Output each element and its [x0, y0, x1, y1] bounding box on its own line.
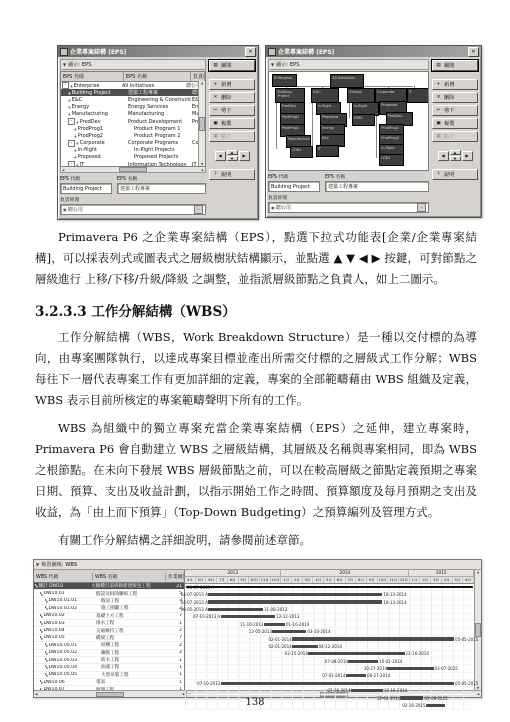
scroll-thumb[interactable] — [475, 623, 481, 637]
cut-button[interactable]: ✂剪下 — [209, 105, 255, 116]
eps-id-text: E&C — [72, 97, 83, 103]
eps-id-input[interactable]: Building Project — [268, 181, 320, 192]
eps-tree-row[interactable]: ▲Building Project建築工程專案總公司 — [61, 89, 205, 96]
gantt-row[interactable]: 07-10-2013 A12-12-2013 — [185, 614, 474, 621]
wbs-activity-count-cell: 2 — [170, 643, 184, 648]
wbs-table-row[interactable]: ▚DW10.01.02施工圍籬工程2 — [34, 605, 184, 612]
gantt-row[interactable]: 02-01-201404-12-2014 — [185, 643, 474, 650]
eps-id-value: Building Project — [63, 186, 102, 192]
bar-start-date-label: 04-07-2013 A — [181, 592, 208, 597]
gantt-bar[interactable] — [208, 593, 382, 596]
gantt-bar[interactable] — [208, 608, 263, 611]
responsible-manager-value: 總公司 — [276, 204, 291, 211]
delete-icon: ✕ — [212, 95, 219, 100]
delete-button[interactable]: ✕刪除 — [432, 92, 478, 103]
eps-id-value: Building Project — [271, 184, 310, 190]
bar-finish-date-label: 10-13-2014 — [383, 592, 406, 597]
eps-name-cell: Manufacturing — [127, 111, 191, 117]
wbs-name-cell: 防水工程 — [100, 657, 170, 663]
wbs-column-header[interactable]: WBS 名稱 — [93, 573, 166, 580]
wbs-column-header[interactable]: 作業總數 — [166, 573, 184, 580]
eps-name-cell: Corporate Programs — [127, 140, 191, 146]
bar-finish-date-label: 03-07-2015 — [435, 666, 458, 671]
eps-name-cell: Energy Services — [127, 104, 191, 110]
gantt-bar[interactable] — [264, 623, 285, 626]
wbs-name-cell: 排水工程 — [95, 620, 165, 626]
timeline-month-label: 7月 — [217, 577, 228, 583]
wbs-table-row[interactable]: ▚DW10.06電氣1 — [34, 679, 184, 686]
eps-chart-node[interactable]: E&C — [311, 88, 338, 103]
eps-table-rows: -▲EnterpriseAll Initiatives總公司▲Building … — [61, 82, 205, 166]
display-bar-label: 顯示: EPS — [276, 61, 299, 68]
collapse-icon[interactable]: - — [68, 140, 75, 147]
wbs-table-header: WBS 代碼WBS 名稱作業總數 — [34, 570, 184, 583]
close-icon[interactable]: ✕ — [245, 47, 256, 57]
timeline-month-label: 8月 — [356, 577, 367, 583]
display-options-bar[interactable]: ▼ 顯示: EPS — [268, 59, 429, 70]
wbs-code-cell: ▚DW10.05.04 — [34, 665, 100, 670]
wbs-code-cell: ▚DW10.02 — [34, 613, 95, 618]
help-button[interactable]: ?說明 — [209, 169, 255, 180]
eps-tree-row[interactable]: ▲E&CEngineering & ConstructionE&C — [61, 96, 205, 103]
wbs-code-text: DW10.03 — [43, 621, 64, 626]
wbs-code-text: DW10.05 — [43, 635, 64, 640]
button-label: 新增 — [221, 81, 231, 88]
close-button[interactable]: ▤關閉 — [432, 60, 478, 71]
gantt-bar[interactable] — [351, 689, 383, 692]
timeline-years: 201320142015 — [185, 570, 474, 577]
move-up-button[interactable]: ▲ — [227, 150, 238, 155]
eps-node-icon: ▲ — [74, 148, 77, 152]
bar-finish-date-label: 05-05-2015 — [455, 681, 478, 686]
dialog-body: ▼ 顯示: EPS EPS 代碼EPS 名稱負責經理 -▲EnterpriseA… — [58, 57, 258, 219]
scroll-right-icon[interactable]: ▶ — [202, 168, 204, 172]
eps-id-label: EPS 代碼 — [268, 173, 320, 180]
gantt-row[interactable]: 04-07-2013 A10-13-2014 — [185, 599, 474, 606]
timeline-month-label: 4月 — [442, 577, 453, 583]
gantt-row[interactable]: 04-07-2013 A10-13-2014 — [185, 591, 474, 598]
eps-node-icon: ▲ — [74, 155, 77, 159]
eps-tree-row[interactable]: ▲EnergyEnergy ServicesEnergy — [61, 104, 205, 111]
gantt-row[interactable]: 07-16-201410-16-2014 — [185, 687, 474, 694]
eps-id-label: EPS 代碼 — [60, 175, 112, 182]
eps-chart-node[interactable]: IT — [316, 145, 339, 157]
wbs-node-icon: ▚ — [40, 629, 42, 633]
button-label: 刪除 — [444, 94, 454, 101]
eps-id-text: ProdProg2 — [78, 133, 103, 139]
wbs-node-icon: ▚ — [45, 651, 47, 655]
eps-id-text: Building Project — [72, 90, 111, 96]
collapse-icon[interactable]: - — [68, 118, 75, 125]
wbs-code-text: DW10.05.04 — [48, 665, 77, 670]
eps-node-icon: ▲ — [68, 112, 71, 116]
eps-id-input[interactable]: Building Project — [60, 183, 112, 194]
bar-finish-date-label: 01-10-2014 — [286, 622, 309, 627]
wbs-name-cell: 交通維持工程 — [95, 628, 165, 634]
cut-icon: ✂ — [435, 108, 442, 113]
eps-name-cell: Proposed Projects — [133, 154, 197, 160]
display-options-bar[interactable]: ▼ 顯示: EPS — [60, 59, 206, 70]
spacer — [432, 73, 478, 77]
collapse-icon[interactable]: - — [62, 82, 69, 89]
move-right-button[interactable]: ▶ — [239, 151, 250, 161]
paste-button[interactable]: ▦貼上 — [432, 131, 478, 142]
gantt-body: WBS 代碼WBS 名稱作業總數 ▚總計 DW10大順橋引道拆除新建統包工程21… — [34, 570, 481, 690]
button-label: 說明 — [444, 171, 454, 178]
layout-options-bar[interactable]: ▼ 佈置圖視: WBS — [34, 560, 481, 570]
eps-name-input[interactable]: 建築工程專案 — [117, 183, 206, 194]
paragraph-wbs-extension: WBS 為組織中的獨立專案充當企業專案結構（EPS）之延伸，建立專案時，Prim… — [35, 418, 477, 523]
eps-tree-row[interactable]: -▲ProdDevProduct DevelopmentProdDev — [61, 118, 205, 125]
eps-chart-node[interactable]: LOB1 — [379, 154, 404, 167]
timeline-month-label: 10月 — [378, 577, 389, 583]
eps-id-cell: ▲Energy — [61, 104, 127, 110]
timeline-months: 4月5月6月7月8月9月10月11月12月1月2月3月4月5月6月7月8月9月1… — [185, 577, 474, 584]
eps-id-cell: ▲ProdProg2 — [61, 133, 133, 139]
wbs-activity-count-cell: 7 — [165, 635, 184, 640]
wbs-table-row[interactable]: ▚總計 DW10大順橋引道拆除新建統包工程21 — [34, 583, 184, 590]
wbs-table-row[interactable]: ▚DW10.05.03防水工程1 — [34, 657, 184, 664]
eps-node-icon: ▲ — [68, 98, 71, 102]
wbs-code-text: DW10.01 — [43, 591, 64, 596]
paste-button[interactable]: ▦貼上 — [209, 131, 255, 142]
responsible-manager-label: 負責經理 — [268, 194, 429, 201]
button-label: 說明 — [221, 171, 231, 178]
wbs-activity-count-cell: 1 — [165, 621, 184, 626]
scroll-thumb[interactable] — [199, 117, 205, 131]
eps-tree-row[interactable]: ▲ManufacturingManufacturingManufacturing — [61, 111, 205, 118]
timeline-month-label: 12月 — [399, 577, 410, 583]
wbs-code-cell: ▚DW10.05.03 — [34, 658, 100, 663]
gantt-bar[interactable] — [348, 660, 378, 663]
display-bar-label: 顯示: EPS — [68, 61, 91, 68]
eps-tree-row[interactable]: ▲In-flightIn-flight ProjectsCorporate — [61, 147, 205, 154]
dialog-title: 企業專案結構 (EPS) — [278, 47, 334, 56]
move-up-button[interactable]: ▲ — [450, 150, 461, 155]
browse-button[interactable]: … — [417, 203, 426, 212]
eps-detail-fields: EPS 代碼 Building Project EPS 名稱 建築工程專案 — [268, 171, 429, 215]
wbs-table-row[interactable]: ▚DW10.05.01結構工程2 — [34, 642, 184, 649]
eps-node-icon: ▲ — [76, 141, 79, 145]
eps-name-cell: 建築工程專案 — [127, 89, 191, 96]
bar-start-date-label: 07-08-2014 — [325, 659, 348, 664]
eps-chart-node[interactable]: IT — [407, 88, 429, 103]
button-label: 關閉 — [221, 62, 231, 69]
eps-id-cell: ▲E&C — [61, 97, 127, 103]
manager-icon: ▣ — [63, 207, 67, 212]
move-down-button[interactable]: ▼ — [227, 156, 238, 161]
gantt-summary-bar[interactable] — [186, 586, 472, 588]
copy-button[interactable]: ▣複製 — [432, 118, 478, 129]
scroll-right-icon[interactable]: ▶ — [478, 692, 480, 696]
document-page: 企業專案結構 (EPS) ✕ ▼ 顯示: EPS EPS 代碼EPS 名稱負責經… — [0, 0, 510, 722]
close-icon: ▤ — [435, 63, 442, 68]
eps-id-text: IT — [80, 162, 85, 166]
eps-column-header[interactable]: 負責經理 — [191, 72, 205, 81]
scroll-left-icon[interactable]: ◀ — [62, 168, 64, 172]
gantt-row[interactable]: 12-05-201303-10-2014 — [185, 628, 474, 635]
eps-id-text: ProdDev — [80, 119, 101, 125]
wbs-table-row[interactable]: ▚DW10.05橋梁工程7 — [34, 635, 184, 642]
wbs-code-cell: ▚DW10.05 — [34, 635, 95, 640]
wbs-activity-count-cell: 21 — [160, 584, 184, 589]
dialog-titlebar[interactable]: 企業專案結構 (EPS) ✕ — [266, 46, 481, 57]
add-icon: + — [435, 82, 442, 87]
wbs-code-cell: ▚DW10.01.02 — [34, 606, 100, 611]
wbs-name-cell: 油漆工程 — [100, 664, 170, 670]
wbs-name-cell: 假設工程 — [100, 598, 170, 604]
eps-tree-row[interactable]: ▲ProposedProposed ProjectsIT — [61, 154, 205, 161]
wbs-code-cell: ▚DW10.05.02 — [34, 650, 100, 655]
app-icon — [60, 48, 68, 56]
responsible-manager-input[interactable]: ▣ 總公司 … — [60, 204, 206, 215]
wbs-code-text: DW10.04 — [43, 628, 64, 633]
eps-chart-node[interactable]: Energy — [347, 88, 374, 103]
wbs-node-icon: ▚ — [45, 673, 47, 677]
gantt-bar[interactable] — [221, 615, 276, 618]
scroll-thumb[interactable] — [96, 692, 124, 697]
wbs-node-icon: ▚ — [45, 665, 47, 669]
add-icon: + — [212, 82, 219, 87]
gantt-bar[interactable] — [387, 667, 433, 670]
eps-chart-node[interactable]: All Initiatives — [330, 74, 364, 88]
gantt-row[interactable]: 03-15-201412-16-2014 — [185, 651, 474, 658]
timeline-month-label: 3月 — [431, 577, 442, 583]
gantt-bar[interactable] — [292, 645, 318, 648]
wbs-table-row[interactable]: ▚DW10.03排水工程1 — [34, 620, 184, 627]
bar-start-date-label: 04-07-2013 A — [187, 585, 214, 590]
wbs-code-text: DW10.01.01 — [48, 598, 77, 603]
close-icon[interactable]: ✕ — [468, 47, 479, 57]
gantt-bar[interactable] — [221, 682, 455, 685]
eps-chart-dialog-window: 企業專案結構 (EPS) ✕ ▼ 顯示: EPS EnterpriseAll I… — [265, 45, 482, 218]
eps-tree-row[interactable]: -▲CorporateCorporate ProgramsCorporate — [61, 140, 205, 147]
move-right-button[interactable]: ▶ — [462, 151, 473, 161]
timeline-month-label: 2月 — [420, 577, 431, 583]
gantt-bar[interactable] — [208, 600, 382, 603]
eps-node-icon: ▲ — [74, 134, 77, 138]
eps-tree-row[interactable]: ▲ProdProg2Product Program 2ProdProg2 — [61, 132, 205, 139]
paragraph-eps-intro: Primavera P6 之企業專案結構（EPS），點選下拉式功能表[企業/企業… — [35, 227, 477, 290]
wbs-table-row[interactable]: ▚DW10.01.01假設工程3 — [34, 598, 184, 605]
wbs-code-cell: ▚DW10.03 — [34, 621, 95, 626]
bar-finish-date-label: 10-01-2014 — [379, 659, 402, 664]
scroll-left-icon[interactable]: ◀ — [35, 692, 37, 696]
eps-name-cell: Information Technology — [127, 162, 191, 166]
button-label: 複製 — [444, 120, 454, 127]
wbs-table-row[interactable]: ▚DW10.02基礎土方工程7 — [34, 613, 184, 620]
eps-tree-row[interactable]: -▲ITInformation TechnologyIT — [61, 161, 205, 166]
timeline-month-label: 11月 — [260, 577, 271, 583]
gantt-row[interactable]: 11-10-201301-10-2014 — [185, 621, 474, 628]
eps-column-header[interactable]: EPS 代碼 — [61, 72, 124, 81]
wbs-code-text: 總計 DW10 — [38, 583, 63, 589]
eps-id-text: Proposed — [78, 154, 101, 160]
vertical-scrollbar[interactable]: ▲ ▼ — [474, 570, 481, 690]
paste-icon: ▦ — [212, 134, 219, 139]
delete-button[interactable]: ✕刪除 — [209, 92, 255, 103]
bar-finish-date-label: 10-16-2014 — [384, 688, 407, 693]
eps-id-cell: ▲Proposed — [61, 154, 133, 160]
gantt-row[interactable]: 04-07-2013 A — [185, 584, 474, 591]
add-button[interactable]: +新增 — [432, 79, 478, 90]
gantt-bar[interactable] — [292, 637, 454, 640]
gantt-bar[interactable] — [272, 630, 306, 633]
wbs-code-text: DW10.01.02 — [48, 606, 77, 611]
wbs-activity-count-cell: 1 — [170, 658, 184, 663]
eps-chart-node[interactable]: Building Project — [275, 88, 304, 103]
bar-start-date-label: 04-07-2013 A — [181, 600, 208, 605]
gantt-rows: 04-07-2013 A04-07-2013 A10-13-201404-07-… — [185, 584, 474, 710]
eps-id-text: Enterprise — [74, 83, 100, 89]
close-icon: ▤ — [212, 63, 219, 68]
wbs-name-cell: 鋼筋工程 — [100, 650, 170, 656]
collapse-icon[interactable]: - — [68, 161, 75, 166]
paragraph-wbs-reference: 有關工作分解結構之詳細說明，請參閱前述章節。 — [35, 530, 477, 551]
wbs-table-row[interactable]: ▚DW10.05.02鋼筋工程2 — [34, 650, 184, 657]
scroll-up-icon[interactable]: ▲ — [477, 570, 479, 574]
wbs-code-text: DW10.06 — [43, 680, 64, 685]
gantt-row[interactable]: 10-27-201403-07-2015 — [185, 665, 474, 672]
bar-finish-date-label: 08-27-2014 — [367, 673, 390, 678]
eps-chart-node[interactable]: Enterprise — [272, 74, 297, 87]
updown-arrows: ▲▼ — [227, 150, 238, 161]
gantt-row[interactable]: 07-10-201305-05-2015 — [185, 680, 474, 687]
wbs-node-icon: ▚ — [40, 636, 42, 640]
gantt-row[interactable]: 07-08-201410-01-2014 — [185, 658, 474, 665]
spacer — [209, 163, 255, 167]
dialog-titlebar[interactable]: 企業專案結構 (EPS) ✕ — [58, 46, 258, 57]
eps-name-input[interactable]: 建築工程專案 — [325, 181, 429, 192]
eps-chart-node[interactable]: LOB1 — [352, 114, 375, 126]
updown-arrows: ▲▼ — [450, 150, 461, 161]
move-down-button[interactable]: ▼ — [450, 156, 461, 161]
eps-column-header[interactable]: EPS 名稱 — [124, 72, 191, 81]
button-label: 剪下 — [444, 107, 454, 114]
copy-button[interactable]: ▣複製 — [209, 118, 255, 129]
scroll-down-icon[interactable]: ▼ — [201, 162, 203, 166]
wbs-code-text: DW10.05.01 — [48, 643, 77, 648]
add-button[interactable]: +新增 — [209, 79, 255, 90]
move-left-button[interactable]: ◀ — [438, 151, 449, 161]
gantt-row[interactable]: 06-05-2013 A11-08-2013 — [185, 606, 474, 613]
eps-tree-row[interactable]: -▲EnterpriseAll Initiatives總公司 — [61, 82, 205, 89]
wbs-node-icon: ▚ — [40, 592, 42, 596]
wbs-name-cell: 大型吊裝工程 — [100, 672, 170, 678]
chevron-down-icon: ▼ — [36, 562, 39, 567]
eps-name-label: EPS 名稱 — [117, 175, 206, 182]
wbs-code-text: DW10.05.02 — [48, 650, 77, 655]
timeline-month-label: 9月 — [239, 577, 250, 583]
wbs-table-row[interactable]: ▚DW10.05.05大型吊裝工程1 — [34, 672, 184, 679]
wbs-code-text: DW10.05.03 — [48, 658, 77, 663]
eps-id-cell: ▲Building Project — [61, 90, 127, 96]
wbs-column-header[interactable]: WBS 代碼 — [34, 573, 93, 580]
bar-finish-date-label: 03-10-2014 — [307, 629, 330, 634]
eps-name-cell: Product Development — [127, 119, 191, 125]
hierarchy-arrows: ◀▲▼▶ — [209, 150, 255, 161]
close-button[interactable]: ▤關閉 — [209, 60, 255, 71]
bar-start-date-label: 10-27-2014 — [364, 666, 387, 671]
spacer — [209, 73, 255, 77]
eps-tree-row[interactable]: ▲ProdProg1Product Program 1ProdProg1 — [61, 125, 205, 132]
button-label: 剪下 — [221, 107, 231, 114]
eps-node-icon: ▲ — [70, 84, 73, 88]
bar-finish-date-label: 12-16-2014 — [406, 651, 429, 656]
section-heading: 3.2.3.3 工作分解結構（WBS） — [35, 300, 510, 320]
browse-button[interactable]: … — [194, 205, 203, 214]
gantt-row[interactable]: 02-01-201405-05-2015 — [185, 636, 474, 643]
wbs-table-row[interactable]: ▚DW10.05.04油漆工程1 — [34, 664, 184, 671]
timeline-month-label: 3月 — [303, 577, 314, 583]
bar-start-date-label: 06-05-2013 A — [181, 607, 208, 612]
wbs-table-row[interactable]: ▚DW10.01假設及拆除聯絡工程5 — [34, 590, 184, 597]
eps-chart-node[interactable]: LOB1 — [290, 146, 313, 158]
eps-node-icon: ▲ — [68, 91, 71, 95]
button-label: 貼上 — [444, 133, 454, 140]
vertical-scrollbar[interactable]: ▲ ▼ — [198, 81, 205, 166]
cut-button[interactable]: ✂剪下 — [432, 105, 478, 116]
bar-finish-date-label: 04-12-2014 — [319, 644, 342, 649]
gantt-bar[interactable] — [346, 674, 366, 677]
scroll-thumb[interactable] — [119, 167, 147, 172]
timeline-month-label: 6月 — [335, 577, 346, 583]
bar-start-date-label: 07-10-2013 — [197, 681, 220, 686]
wbs-node-icon: ▚ — [40, 614, 42, 618]
figures-row: 企業專案結構 (EPS) ✕ ▼ 顯示: EPS EPS 代碼EPS 名稱負責經… — [57, 45, 482, 220]
move-left-button[interactable]: ◀ — [215, 151, 226, 161]
eps-table-dialog-window: 企業專案結構 (EPS) ✕ ▼ 顯示: EPS EPS 代碼EPS 名稱負責經… — [57, 45, 259, 220]
button-label: 貼上 — [221, 133, 231, 140]
gantt-row[interactable]: 07-01-201408-27-2014 — [185, 673, 474, 680]
button-label: 刪除 — [221, 94, 231, 101]
help-button[interactable]: ?說明 — [432, 169, 478, 180]
timeline-month-label: 6月 — [206, 577, 217, 583]
copy-icon: ▣ — [435, 121, 442, 126]
timeline-month-label: 4月 — [313, 577, 324, 583]
eps-name-cell: Product Program 2 — [133, 133, 197, 139]
delete-icon: ✕ — [435, 95, 442, 100]
timeline-month-label: 9月 — [367, 577, 378, 583]
spacer — [209, 144, 255, 148]
dialog-button-column: ▤關閉+新增✕刪除✂剪下▣複製▦貼上◀▲▼▶?說明 — [208, 59, 256, 217]
scroll-up-icon[interactable]: ▲ — [201, 81, 203, 85]
wbs-node-icon: ▚ — [45, 643, 47, 647]
eps-node-icon: ▲ — [74, 127, 77, 131]
wbs-activity-count-cell: 1 — [170, 672, 184, 677]
page-number: 138 — [0, 697, 510, 708]
responsible-manager-input[interactable]: ▣ 總公司 … — [268, 202, 429, 213]
wbs-code-cell: ▚DW10.01 — [34, 591, 95, 596]
layout-bar-label: 佈置圖視: WBS — [41, 561, 77, 568]
wbs-activity-count-cell: 7 — [165, 613, 184, 618]
wbs-node-icon: ▚ — [40, 621, 42, 625]
gantt-bar[interactable] — [308, 652, 405, 655]
eps-id-cell: ▲Manufacturing — [61, 111, 127, 117]
bar-start-date-label: 07-01-2014 — [322, 673, 345, 678]
timeline-month-label: 12月 — [271, 577, 282, 583]
gantt-chart: 201320142015 4月5月6月7月8月9月10月11月12月1月2月3月… — [185, 570, 474, 690]
wbs-code-cell: ▚DW10.05.01 — [34, 643, 100, 648]
wbs-name-cell: 基礎土方工程 — [95, 613, 165, 619]
wbs-activity-count-cell: 2 — [170, 650, 184, 655]
button-label: 複製 — [221, 120, 231, 127]
wbs-table-row[interactable]: ▚DW10.04交通維持工程2 — [34, 627, 184, 634]
wbs-activity-count-cell: 2 — [165, 628, 184, 633]
wbs-activity-count-cell: 1 — [170, 665, 184, 670]
eps-name-value: 建築工程專案 — [120, 185, 150, 192]
wbs-code-cell: ▚DW10.01.01 — [34, 598, 100, 603]
